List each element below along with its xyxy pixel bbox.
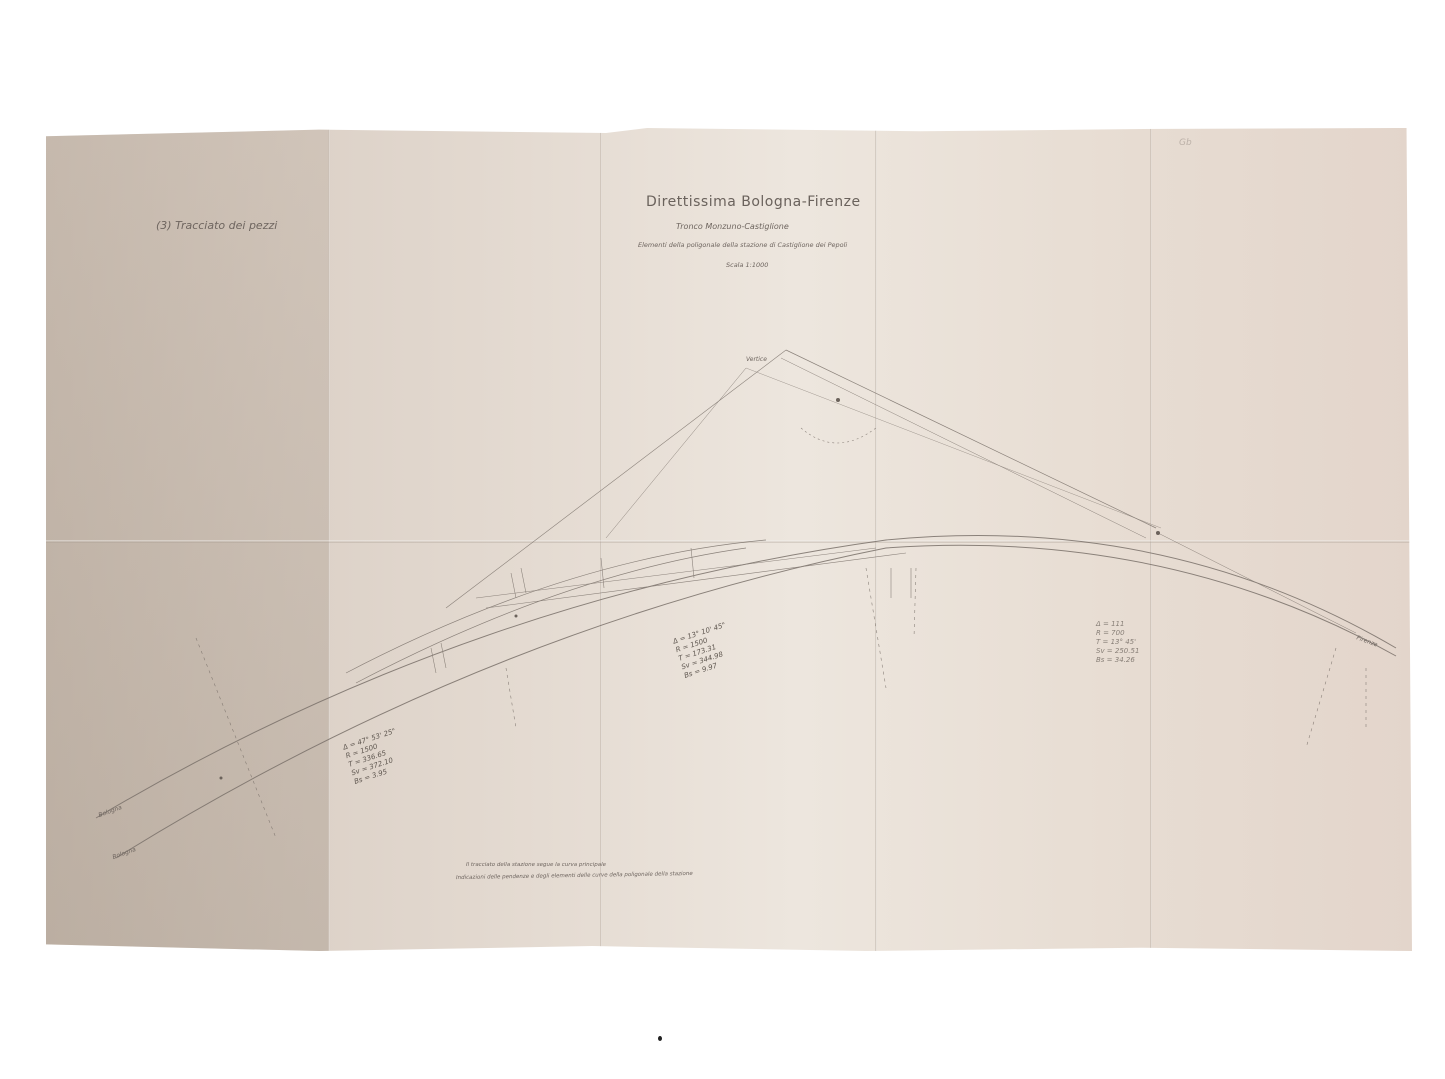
drawing-sheet: (3) Tracciato dei pezzi Direttissima Bol… <box>46 128 1412 951</box>
footnote-1: Il tracciato della stazione segue la cur… <box>466 862 606 868</box>
curve-table-3: Δ = 111 R = 700 T = 13° 45' Sv = 250.51 … <box>1096 620 1139 665</box>
railway-alignment-plan <box>46 128 1412 951</box>
punch-hole-mark <box>658 1036 662 1041</box>
apex-label: Vertice <box>746 356 767 363</box>
main-track-upper <box>96 536 1396 819</box>
main-track-lower <box>116 545 1396 858</box>
